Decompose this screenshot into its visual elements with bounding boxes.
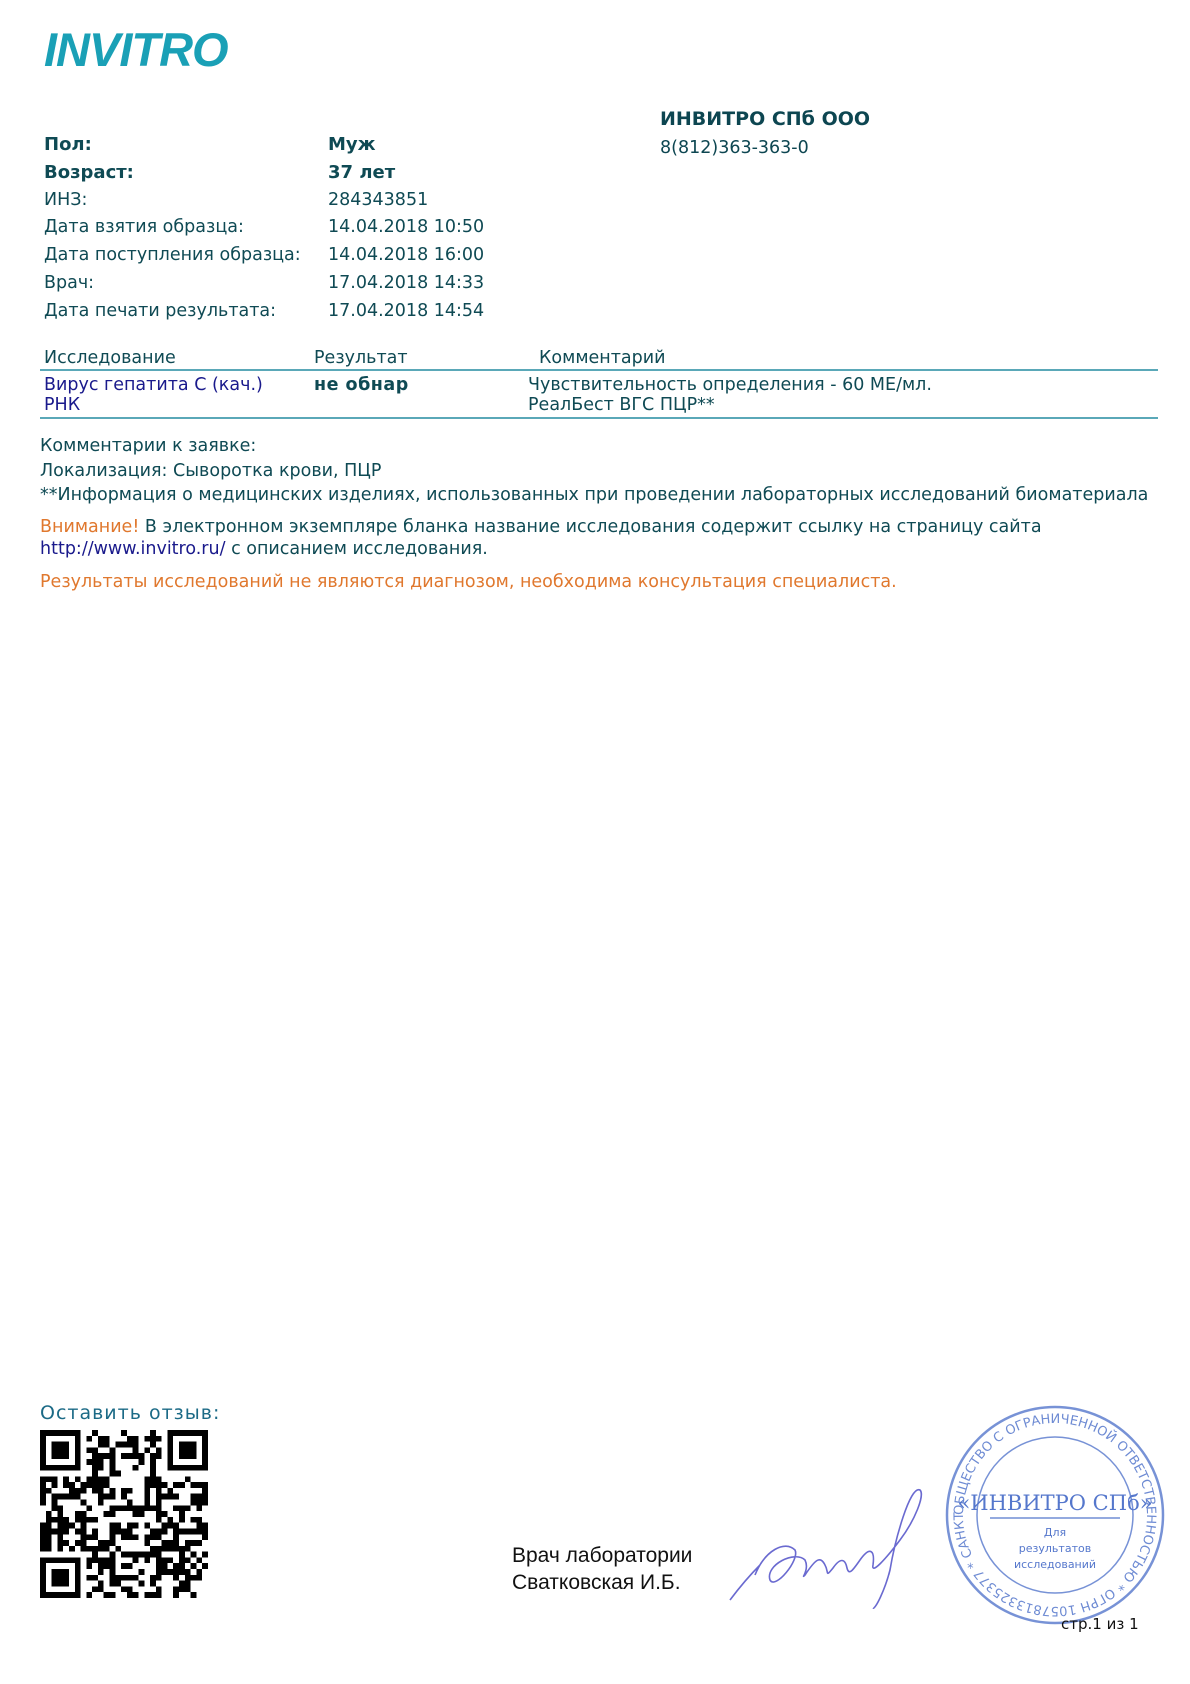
comments-footnote: **Информация о медицинских изделиях, исп… bbox=[40, 483, 1148, 508]
result-cell: не обнар bbox=[314, 375, 524, 415]
comments-localization: Локализация: Сыворотка крови, ПЦР bbox=[40, 459, 1148, 484]
stamp-icon: ОБЩЕСТВО С ОГРАНИЧЕННОЙ ОТВЕТСТВЕННОСТЬЮ… bbox=[940, 1400, 1170, 1630]
header-study: Исследование bbox=[40, 348, 314, 368]
table-row: Вирус гепатита C (кач.) РНК не обнар Чув… bbox=[40, 371, 1158, 419]
lab-phone: 8(812)363-363-0 bbox=[660, 138, 809, 158]
comments-title: Комментарии к заявке: bbox=[40, 434, 1148, 459]
lab-name: ИНВИТРО СПб ООО bbox=[660, 108, 870, 130]
info-label: Дата печати результата: bbox=[44, 301, 328, 329]
info-label: Возраст: bbox=[44, 162, 328, 190]
info-row-sex: Пол: Муж bbox=[44, 134, 484, 162]
info-row-print-date: Дата печати результата: 17.04.2018 14:54 bbox=[44, 301, 484, 329]
results-table: Исследование Результат Комментарий Вирус… bbox=[40, 343, 1158, 419]
svg-text:результатов: результатов bbox=[1019, 1542, 1091, 1555]
info-label: Дата поступления образца: bbox=[44, 245, 328, 273]
header-comment: Комментарий bbox=[524, 348, 1158, 368]
info-row-doctor: Врач: 17.04.2018 14:33 bbox=[44, 273, 484, 301]
signature-icon bbox=[725, 1480, 945, 1610]
info-value: 284343851 bbox=[328, 190, 428, 218]
info-row-sample-date: Дата взятия образца: 14.04.2018 10:50 bbox=[44, 217, 484, 245]
info-label: ИНЗ: bbox=[44, 190, 328, 218]
feedback-label: Оставить отзыв: bbox=[40, 1402, 220, 1424]
page-number: стр.1 из 1 bbox=[1061, 1615, 1139, 1633]
info-value: 17.04.2018 14:33 bbox=[328, 273, 484, 301]
info-row-inz: ИНЗ: 284343851 bbox=[44, 190, 484, 218]
svg-text:Для: Для bbox=[1044, 1526, 1066, 1539]
qr-code-icon[interactable] bbox=[40, 1430, 208, 1598]
order-comments: Комментарии к заявке: Локализация: Сывор… bbox=[40, 434, 1148, 508]
notice: Внимание! В электронном экземпляре бланк… bbox=[40, 516, 1042, 560]
info-label: Врач: bbox=[44, 273, 328, 301]
comment-cell: Чувствительность определения - 60 МЕ/мл.… bbox=[524, 375, 1158, 415]
info-value: Муж bbox=[328, 134, 376, 162]
svg-text:«ИНВИТРО СПб»: «ИНВИТРО СПб» bbox=[957, 1491, 1152, 1515]
table-header: Исследование Результат Комментарий bbox=[40, 343, 1158, 371]
url-suffix: с описанием исследования. bbox=[226, 539, 488, 559]
info-label: Дата взятия образца: bbox=[44, 217, 328, 245]
doctor-title: Врач лаборатории bbox=[512, 1542, 692, 1569]
info-row-age: Возраст: 37 лет bbox=[44, 162, 484, 190]
info-value: 14.04.2018 16:00 bbox=[328, 245, 484, 273]
patient-info: Пол: Муж Возраст: 37 лет ИНЗ: 284343851 … bbox=[44, 134, 484, 329]
invitro-logo: INVITRO bbox=[44, 22, 228, 77]
header-result: Результат bbox=[314, 348, 524, 368]
info-value: 14.04.2018 10:50 bbox=[328, 217, 484, 245]
info-value: 37 лет bbox=[328, 162, 395, 190]
info-row-received-date: Дата поступления образца: 14.04.2018 16:… bbox=[44, 245, 484, 273]
info-label: Пол: bbox=[44, 134, 328, 162]
study-link[interactable]: Вирус гепатита C (кач.) РНК bbox=[44, 375, 263, 415]
lab-doctor: Врач лаборатории Сватковская И.Б. bbox=[512, 1542, 692, 1596]
warning-text: В электронном экземпляре бланка название… bbox=[139, 517, 1041, 537]
warning-label: Внимание! bbox=[40, 517, 139, 537]
doctor-name: Сватковская И.Б. bbox=[512, 1569, 692, 1596]
info-value: 17.04.2018 14:54 bbox=[328, 301, 484, 329]
invitro-url-link[interactable]: http://www.invitro.ru/ bbox=[40, 539, 226, 559]
disclaimer: Результаты исследований не являются диаг… bbox=[40, 572, 897, 592]
svg-text:исследований: исследований bbox=[1014, 1558, 1096, 1571]
study-cell: Вирус гепатита C (кач.) РНК bbox=[40, 375, 314, 415]
